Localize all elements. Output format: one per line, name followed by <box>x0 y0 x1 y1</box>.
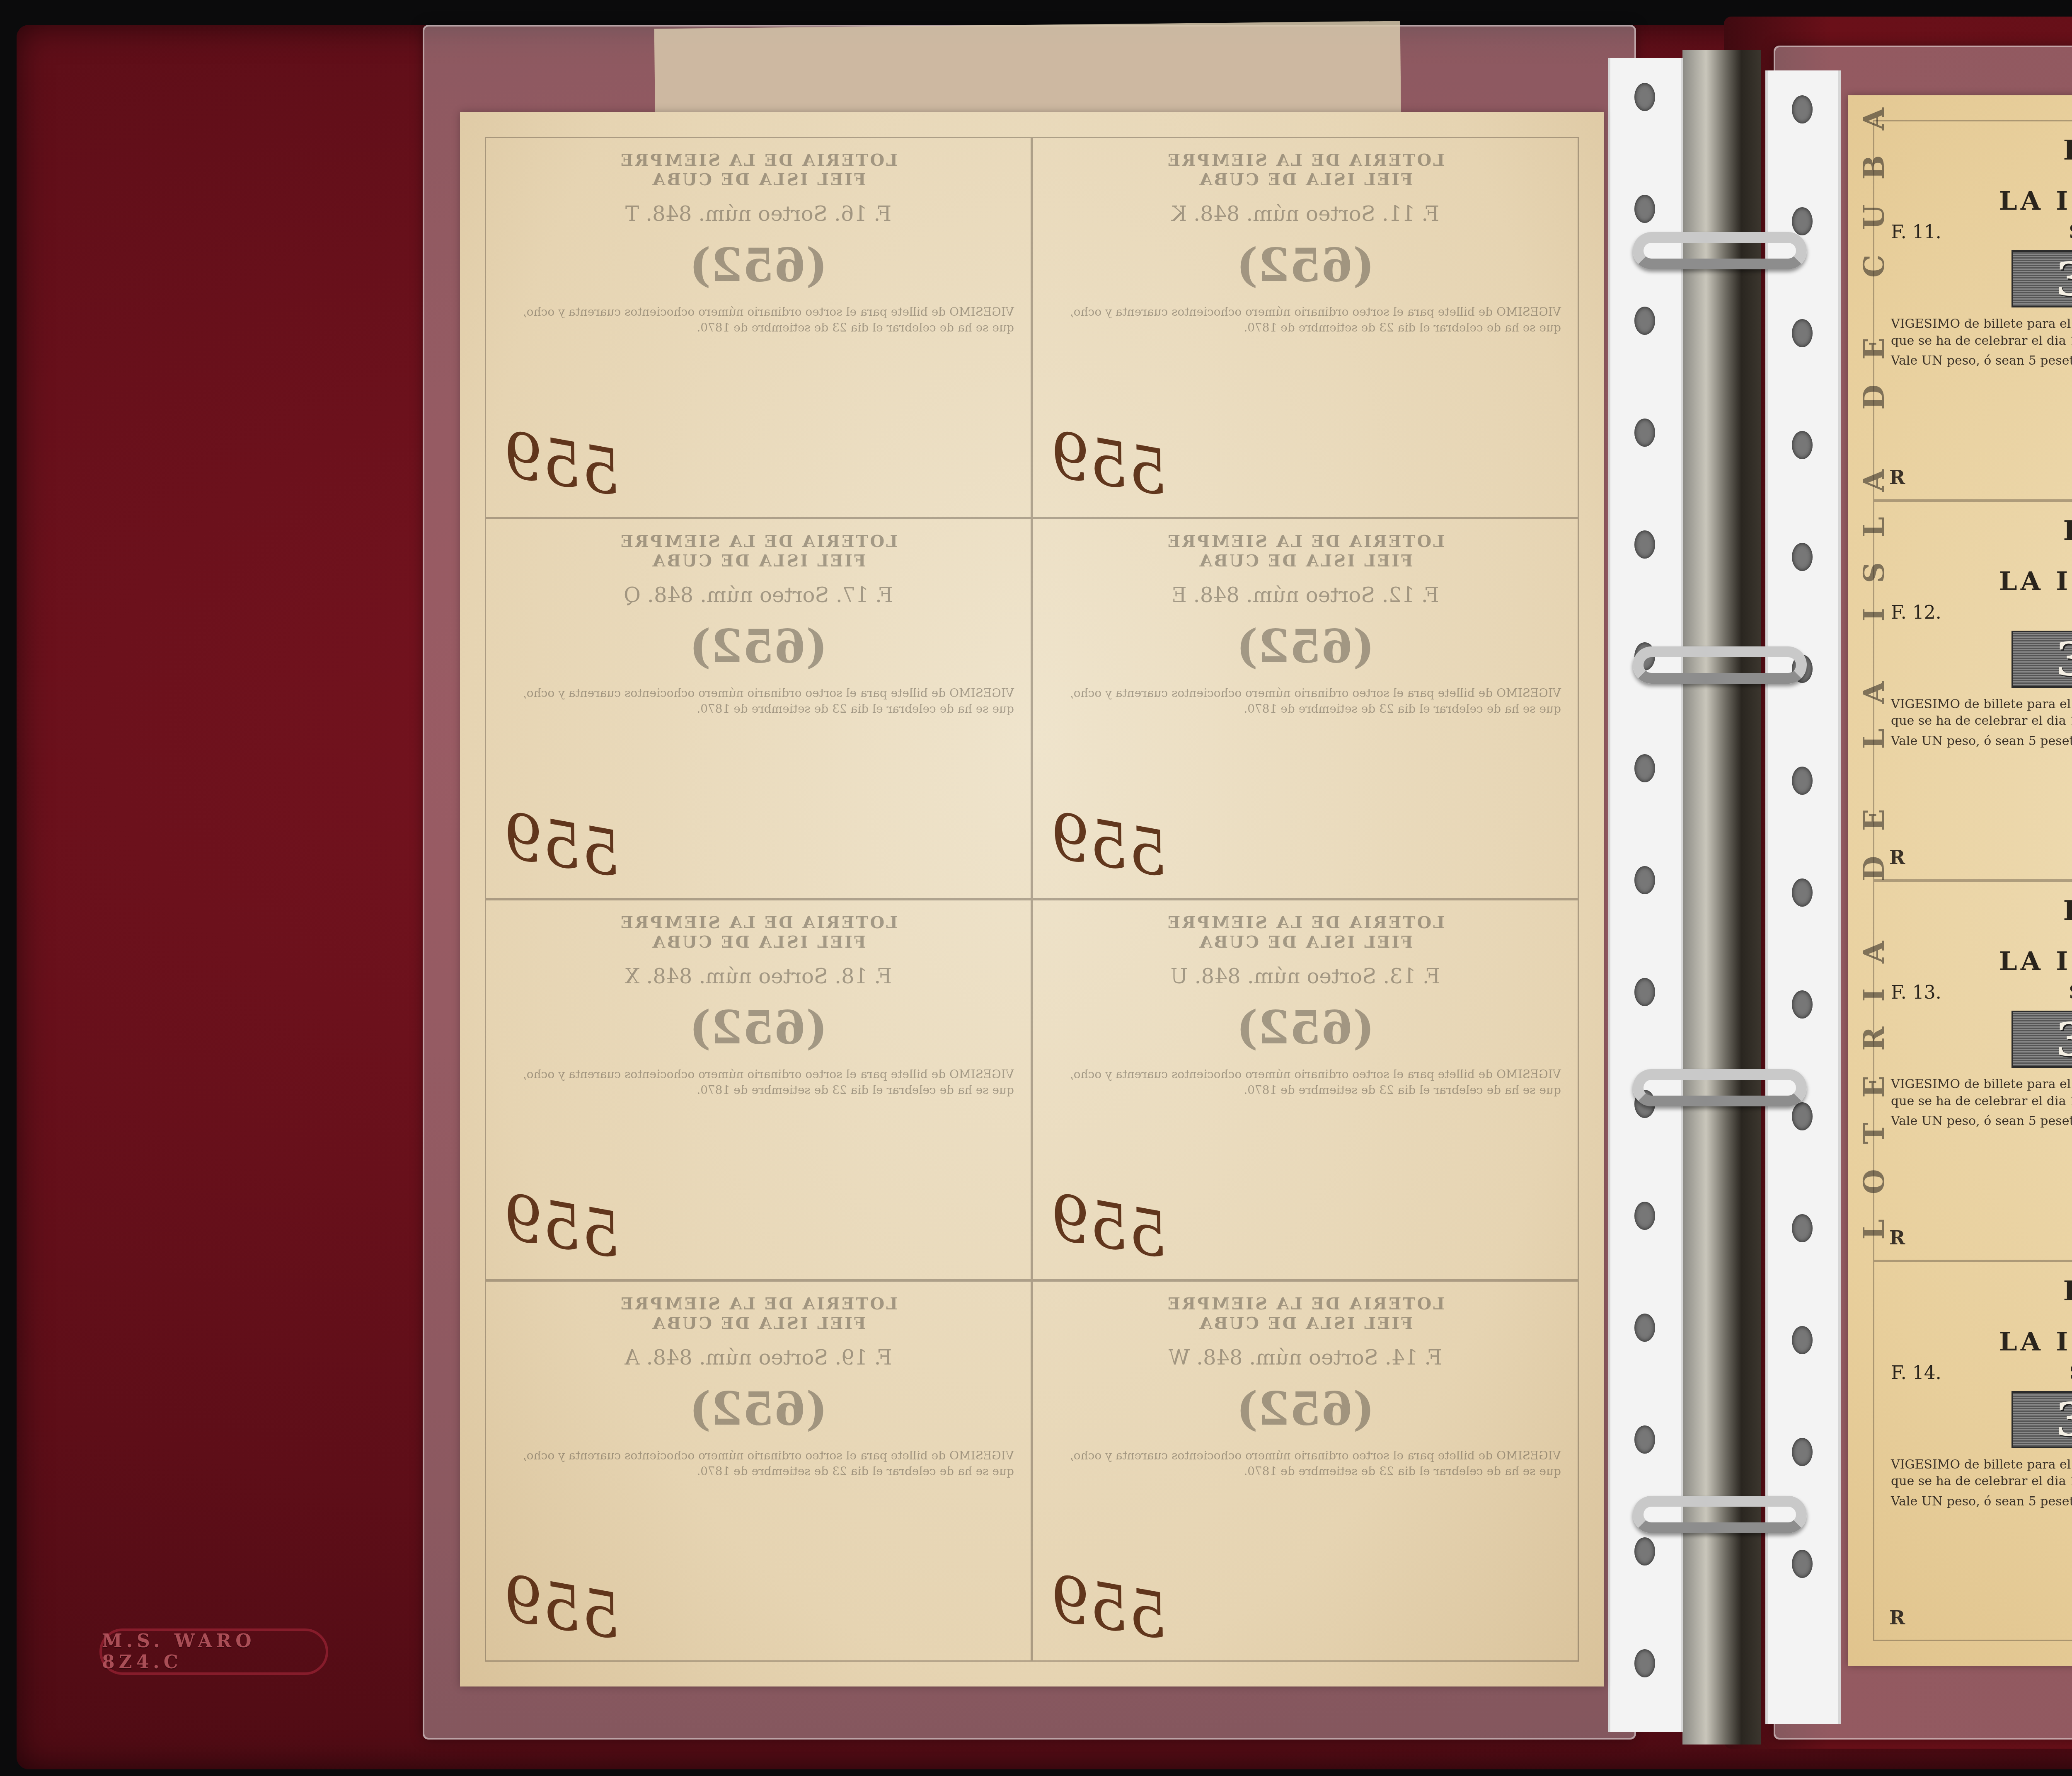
handwritten-ink: 559 <box>1044 418 1174 510</box>
ticket-de: DE <box>1891 547 2072 566</box>
punch-hole <box>1634 307 1655 335</box>
punch-hole <box>1792 767 1813 795</box>
ticket-header-2: FIEL ISLA DE CUBA <box>1050 932 1561 952</box>
ticket-1870: LOTERIA DE LA SIEMPRE FIEL ISLA DE CUBA … <box>485 899 1032 1280</box>
ticket-body: VIGESIMO de billete para el sorteo ordin… <box>503 1067 1014 1098</box>
ticket-folio: F. 12. <box>1891 602 1941 623</box>
ticket-value: Vale UN peso, ó sean 5 pesetas. <box>1891 1114 2072 1128</box>
ticket-body: VIGESIMO de billete para el sorteo ordin… <box>503 304 1014 336</box>
ticket-1875: LOTERIA DE LA ISLA DE CUBA F. 13.SORTEO … <box>1873 881 2072 1261</box>
ticket-letter: E <box>1172 583 1187 607</box>
ticket-folio: F. 11. <box>1891 222 1941 243</box>
handwritten-ink: 559 <box>497 799 627 891</box>
ticket-sorteo: Sorteo núm. 848. <box>647 583 829 607</box>
embossed-maker-label: M.S. WARO 8Z4.C <box>99 1628 328 1675</box>
handwritten-ink: 559 <box>1044 1181 1174 1272</box>
handwritten-ink: 559 <box>497 1562 627 1653</box>
ticket-number: 30213 <box>2011 1391 2072 1448</box>
ticket-header: LOTERIA DE LA SIEMPRE <box>1050 913 1561 932</box>
handwritten-ink: 559 <box>497 1181 627 1272</box>
ticket-subtitle: LA ISLA DE CUBA <box>1891 186 2072 216</box>
ticket-1875: LOTERIA DE LA ISLA DE CUBA F. 11.SORTEO … <box>1873 120 2072 501</box>
ticket-de: DE <box>1891 1307 2072 1326</box>
ticket-header: LOTERIA DE LA SIEMPRE <box>503 150 1014 170</box>
ticket-mark: R <box>1889 1227 1905 1249</box>
ticket-number: 30213 <box>2011 250 2072 307</box>
ticket-1870: LOTERIA DE LA SIEMPRE FIEL ISLA DE CUBA … <box>1032 899 1579 1280</box>
ticket-body: VIGESIMO de billete para el sorteo ordin… <box>1891 1076 2072 1110</box>
ticket-number: (652) <box>1050 1001 1561 1054</box>
ticket-header-2: FIEL ISLA DE CUBA <box>1050 170 1561 189</box>
ticket-body: VIGESIMO de billete para el sorteo ordin… <box>503 1448 1014 1479</box>
punch-hole <box>1634 866 1655 894</box>
ticket-1875: LOTERIA DE LA ISLA DE CUBA F. 14.SORTEO … <box>1873 1261 2072 1641</box>
ticket-letter: W <box>1169 1345 1190 1370</box>
ticket-sorteo: SORTEO número 941. <box>2069 1362 2072 1384</box>
punch-hole <box>1792 319 1813 347</box>
punch-hole <box>1792 878 1813 907</box>
ticket-number: (652) <box>1050 619 1561 673</box>
ticket-title: LOTERIA <box>1891 134 2072 166</box>
ticket-number: (652) <box>503 238 1014 292</box>
ticket-de: DE <box>1891 927 2072 946</box>
ticket-subtitle: LA ISLA DE CUBA <box>1891 566 2072 596</box>
ticket-header-2: FIEL ISLA DE CUBA <box>503 170 1014 189</box>
ticket-letter: T <box>625 202 639 226</box>
lottery-sheet-1870-reverse[interactable]: LOTERIA DE LA SIEMPRE FIEL ISLA DE CUBA … <box>460 112 1604 1686</box>
ticket-folio: F. 16. <box>834 202 891 226</box>
punch-hole <box>1634 978 1655 1006</box>
ticket-number: (652) <box>503 1001 1014 1054</box>
ticket-letter: X <box>625 964 640 988</box>
ticket-1875: LOTERIA DE LA ISLA DE CUBA F. 12.SORTEO … <box>1873 501 2072 881</box>
punch-hole <box>1634 1425 1655 1454</box>
ticket-folio: F. 18. <box>835 964 892 988</box>
punch-hole <box>1792 431 1813 459</box>
ticket-number: 30213 <box>2011 1011 2072 1068</box>
ticket-value: Vale UN peso, ó sean 5 pesetas. <box>1891 353 2072 368</box>
ticket-title: LOTERIA <box>1891 894 2072 927</box>
binder-spine <box>1682 50 1761 1745</box>
ticket-folio: F. 14. <box>1891 1362 1941 1384</box>
ticket-header-2: FIEL ISLA DE CUBA <box>503 551 1014 571</box>
ticket-folio: F. 11. <box>1382 202 1439 226</box>
ticket-header-2: FIEL ISLA DE CUBA <box>503 1314 1014 1333</box>
ticket-header: LOTERIA DE LA SIEMPRE <box>1050 1294 1561 1314</box>
ticket-1870: LOTERIA DE LA SIEMPRE FIEL ISLA DE CUBA … <box>1032 518 1579 899</box>
ticket-sorteo: Sorteo núm. 848. <box>646 1345 828 1370</box>
punch-hole <box>1634 754 1655 782</box>
ticket-sorteo: Sorteo núm. 848. <box>646 202 828 226</box>
punched-strip-left <box>1608 58 1683 1732</box>
ticket-header-2: FIEL ISLA DE CUBA <box>1050 551 1561 571</box>
punch-hole <box>1634 1649 1655 1677</box>
ticket-letter: A <box>625 1345 640 1370</box>
ticket-title: LOTERIA <box>1891 514 2072 547</box>
ticket-1870: LOTERIA DE LA SIEMPRE FIEL ISLA DE CUBA … <box>485 518 1032 899</box>
ticket-number: (652) <box>503 619 1014 673</box>
ticket-mark: R <box>1889 466 1905 489</box>
ticket-subtitle: LA ISLA DE CUBA <box>1891 1326 2072 1357</box>
ticket-folio: F. 19. <box>835 1345 892 1370</box>
punch-hole <box>1634 1314 1655 1342</box>
ticket-body: VIGESIMO de billete para el sorteo ordin… <box>1891 316 2072 349</box>
ticket-number: (652) <box>1050 238 1561 292</box>
punched-strip-right <box>1765 70 1841 1724</box>
ticket-folio: F. 14. <box>1385 1345 1442 1370</box>
ticket-body: VIGESIMO de billete para el sorteo ordin… <box>1050 685 1561 717</box>
punch-hole <box>1634 83 1655 111</box>
ticket-sorteo: Sorteo núm. 848. <box>1193 583 1375 607</box>
binder-ring[interactable] <box>1633 1496 1807 1533</box>
ticket-de: DE <box>1891 166 2072 186</box>
punch-hole <box>1792 1550 1813 1578</box>
ticket-subtitle: LA ISLA DE CUBA <box>1891 946 2072 976</box>
ticket-body: VIGESIMO de billete para el sorteo ordin… <box>1050 1448 1561 1479</box>
punch-hole <box>1792 1214 1813 1242</box>
punch-hole <box>1792 1438 1813 1466</box>
punch-hole <box>1634 530 1655 559</box>
ticket-body: VIGESIMO de billete para el sorteo ordin… <box>1050 1067 1561 1098</box>
ticket-sorteo: Sorteo núm. 848. <box>1196 1345 1378 1370</box>
ticket-1870: LOTERIA DE LA SIEMPRE FIEL ISLA DE CUBA … <box>485 1280 1032 1662</box>
punch-hole <box>1792 95 1813 123</box>
ticket-mark: R <box>1889 846 1905 869</box>
ticket-mark: R <box>1889 1607 1905 1629</box>
ticket-folio: F. 12. <box>1382 583 1439 607</box>
punch-hole <box>1634 1202 1655 1230</box>
punch-hole <box>1792 1102 1813 1130</box>
ticket-number: (652) <box>1050 1382 1561 1435</box>
ticket-value: Vale UN peso, ó sean 5 pesetas. <box>1891 1494 2072 1509</box>
punch-hole <box>1792 207 1813 235</box>
punch-hole <box>1634 1537 1655 1565</box>
punch-hole <box>1792 543 1813 571</box>
ticket-value: Vale UN peso, ó sean 5 pesetas. <box>1891 734 2072 748</box>
ticket-1870: LOTERIA DE LA SIEMPRE FIEL ISLA DE CUBA … <box>1032 137 1579 518</box>
ticket-1870: LOTERIA DE LA SIEMPRE FIEL ISLA DE CUBA … <box>485 137 1032 518</box>
ticket-header-2: FIEL ISLA DE CUBA <box>1050 1314 1561 1333</box>
ticket-letter: Q <box>624 583 641 607</box>
ticket-1870: LOTERIA DE LA SIEMPRE FIEL ISLA DE CUBA … <box>1032 1280 1579 1662</box>
sheet-side-border-text: LOTERIA DE LA ISLA DE CUBA <box>1857 83 1891 1239</box>
ticket-sorteo: Sorteo núm. 848. <box>1193 202 1375 226</box>
ticket-body: VIGESIMO de billete para el sorteo ordin… <box>1050 304 1561 336</box>
ticket-body: VIGESIMO de billete para el sorteo ordin… <box>1891 1457 2072 1490</box>
ticket-sorteo: SORTEO número 941. <box>2069 982 2072 1003</box>
punch-hole <box>1792 990 1813 1019</box>
ticket-body: VIGESIMO de billete para el sorteo ordin… <box>1891 696 2072 730</box>
binder-ring[interactable] <box>1633 646 1807 684</box>
binder-ring[interactable] <box>1633 1069 1807 1106</box>
binder-ring[interactable] <box>1633 232 1807 269</box>
ticket-header: LOTERIA DE LA SIEMPRE <box>503 913 1014 932</box>
ticket-header: LOTERIA DE LA SIEMPRE <box>1050 150 1561 170</box>
ticket-letter: K <box>1172 202 1187 226</box>
ticket-number: (652) <box>503 1382 1014 1435</box>
ticket-folio: F. 17. <box>836 583 893 607</box>
ticket-sorteo: Sorteo núm. 848. <box>1195 964 1377 988</box>
punch-hole <box>1634 195 1655 223</box>
ticket-folio: F. 13. <box>1891 982 1941 1003</box>
handwritten-ink: 559 <box>1044 799 1174 891</box>
ticket-folio: F. 13. <box>1383 964 1440 988</box>
handwritten-ink: 559 <box>1044 1562 1174 1653</box>
ticket-header: LOTERIA DE LA SIEMPRE <box>503 532 1014 551</box>
ticket-header: LOTERIA DE LA SIEMPRE <box>1050 532 1561 551</box>
ticket-sorteo: Sorteo núm. 848. <box>646 964 828 988</box>
ticket-title: LOTERIA <box>1891 1275 2072 1307</box>
ticket-header-2: FIEL ISLA DE CUBA <box>503 932 1014 952</box>
ticket-number: 30213 <box>2011 631 2072 688</box>
punch-hole <box>1792 1326 1813 1354</box>
handwritten-ink: 559 <box>497 418 627 510</box>
ticket-letter: U <box>1170 964 1188 988</box>
ticket-header: LOTERIA DE LA SIEMPRE <box>503 1294 1014 1314</box>
punch-hole <box>1634 419 1655 447</box>
ticket-body: VIGESIMO de billete para el sorteo ordin… <box>503 685 1014 717</box>
ticket-sorteo: SORTEO número 941. <box>2069 222 2072 243</box>
